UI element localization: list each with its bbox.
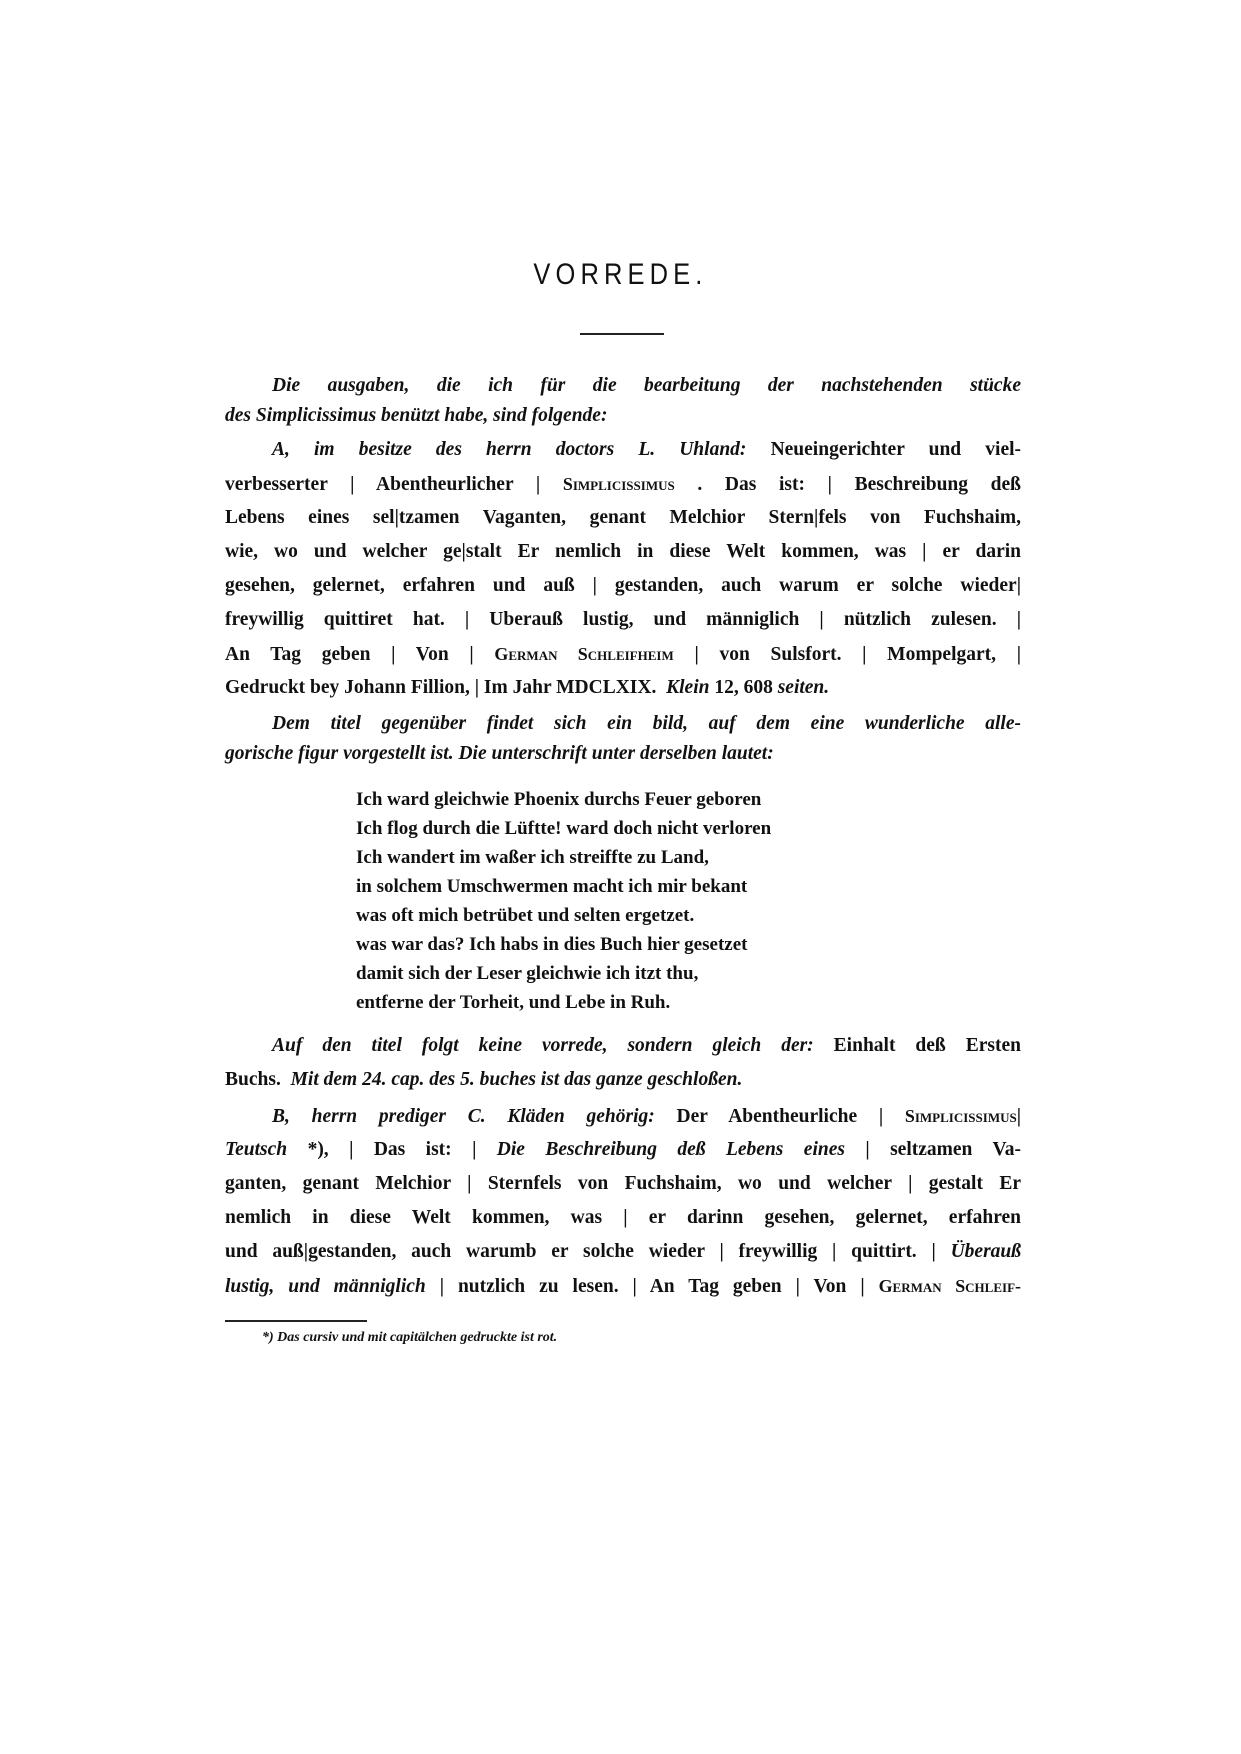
section-b-label: B, herrn prediger C. Kläden gehörig: <box>272 1106 655 1127</box>
section-b-line-3: ganten, genant Melchior | Sternfels von … <box>225 1170 1021 1198</box>
section-a-line-4: wie, wo und welcher ge|stalt Er nemlich … <box>225 538 1021 566</box>
page-title: VORREDE. <box>93 258 1148 292</box>
title-divider <box>580 333 664 335</box>
section-a-line-6: freywillig quittiret hat. | Uberauß lust… <box>225 606 1021 634</box>
footnote: *) Das cursiv und mit capitälchen gedruc… <box>262 1328 557 1348</box>
intro-line-1: Die ausgaben, die ich für die bearbeitun… <box>272 372 1021 400</box>
document-page: VORREDE. Die ausgaben, die ich für die b… <box>0 0 1241 1754</box>
section-b-line-5: und auß|gestanden, auch warumb er solche… <box>225 1238 1021 1266</box>
verse-line: in solchem Umschwermen macht ich mir bek… <box>356 873 747 901</box>
after-verse-line-2: Buchs. Mit dem 24. cap. des 5. buches is… <box>225 1066 1021 1094</box>
section-a-line-7: An Tag geben | Von | German Schleifheim … <box>225 640 1021 668</box>
verse-line: Ich wandert im waßer ich streiffte zu La… <box>356 844 709 872</box>
section-a-label: A, im besitze des herrn doctors L. Uhlan… <box>272 439 746 460</box>
verse-line: damit sich der Leser gleichwie ich itzt … <box>356 960 698 988</box>
section-a-line-3: Lebens eines sel|tzamen Vaganten, genant… <box>225 504 1021 532</box>
footnote-divider <box>225 1320 367 1322</box>
section-a-line-2: verbesserter | Abentheurlicher | Simplic… <box>225 470 1021 498</box>
section-a-line-8: Gedruckt bey Johann Fillion, | Im Jahr M… <box>225 674 1021 702</box>
section-b-line-2: Teutsch *), | Das ist: | Die Beschreibun… <box>225 1136 1021 1164</box>
after-verse-line-1: Auf den titel folgt keine vorrede, sonde… <box>272 1032 1021 1060</box>
verse-line: Ich flog durch die Lüftte! ward doch nic… <box>356 815 771 843</box>
verse-line: was war das? Ich habs in dies Buch hier … <box>356 931 747 959</box>
section-b-line-6: lustig, und männiglich | nutzlich zu les… <box>225 1272 1021 1300</box>
section-b-line-1: B, herrn prediger C. Kläden gehörig: Der… <box>272 1102 1021 1130</box>
verse-line: entferne der Torheit, und Lebe in Ruh. <box>356 989 670 1017</box>
section-a-line-1: A, im besitze des herrn doctors L. Uhlan… <box>272 436 1021 464</box>
section-a-line-5: gesehen, gelernet, erfahren und auß | ge… <box>225 572 1021 600</box>
image-note-line-1: Dem titel gegenüber findet sich ein bild… <box>272 710 1021 738</box>
intro-line-2: des Simplicissimus benützt habe, sind fo… <box>225 402 1021 430</box>
section-b-line-4: nemlich in diese Welt kommen, was | er d… <box>225 1204 1021 1232</box>
verse-line: was oft mich betrübet und selten ergetze… <box>356 902 694 930</box>
image-note-line-2: gorische figur vorgestellt ist. Die unte… <box>225 740 1021 768</box>
verse-line: Ich ward gleichwie Phoenix durchs Feuer … <box>356 786 761 814</box>
